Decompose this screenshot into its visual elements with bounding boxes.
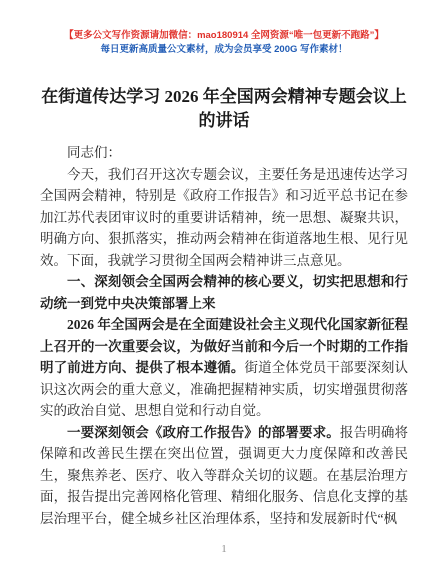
document-body: 同志们： 今天，我们召开这次专题会议，主要任务是迅速传达学习全国两会精神，特别是… <box>40 142 408 529</box>
salutation: 同志们： <box>40 142 408 164</box>
paragraph-2-lead: 一要深刻领会《政府工作报告》的部署要求。 <box>67 425 340 440</box>
paragraph-1: 2026 年全国两会是在全面建设社会主义现代化国家新征程上召开的一次重要会议，为… <box>40 314 408 422</box>
document-page: 【更多公文写作资源请加微信：mao180914 全网资源“唯一包更新不跑路”】 … <box>0 0 448 580</box>
section-heading-1: 一、深刻领会全国两会精神的核心要义，切实把思想和行动统一到党中央决策部署上来 <box>40 271 408 314</box>
document-title: 在街道传达学习 2026 年全国两会精神专题会议上的讲话 <box>40 85 408 133</box>
page-number: 1 <box>0 543 448 555</box>
paragraph-2: 一要深刻领会《政府工作报告》的部署要求。报告明确将保障和改善民生摆在突出位置，强… <box>40 422 408 530</box>
watermark-line-2: 每日更新高质量公文素材，成为会员享受 200G 写作素材！ <box>40 43 408 57</box>
paragraph-intro: 今天，我们召开这次专题会议，主要任务是迅速传达学习全国两会精神，特别是《政府工作… <box>40 164 408 272</box>
watermark-line-1: 【更多公文写作资源请加微信：mao180914 全网资源“唯一包更新不跑路”】 <box>40 29 408 43</box>
